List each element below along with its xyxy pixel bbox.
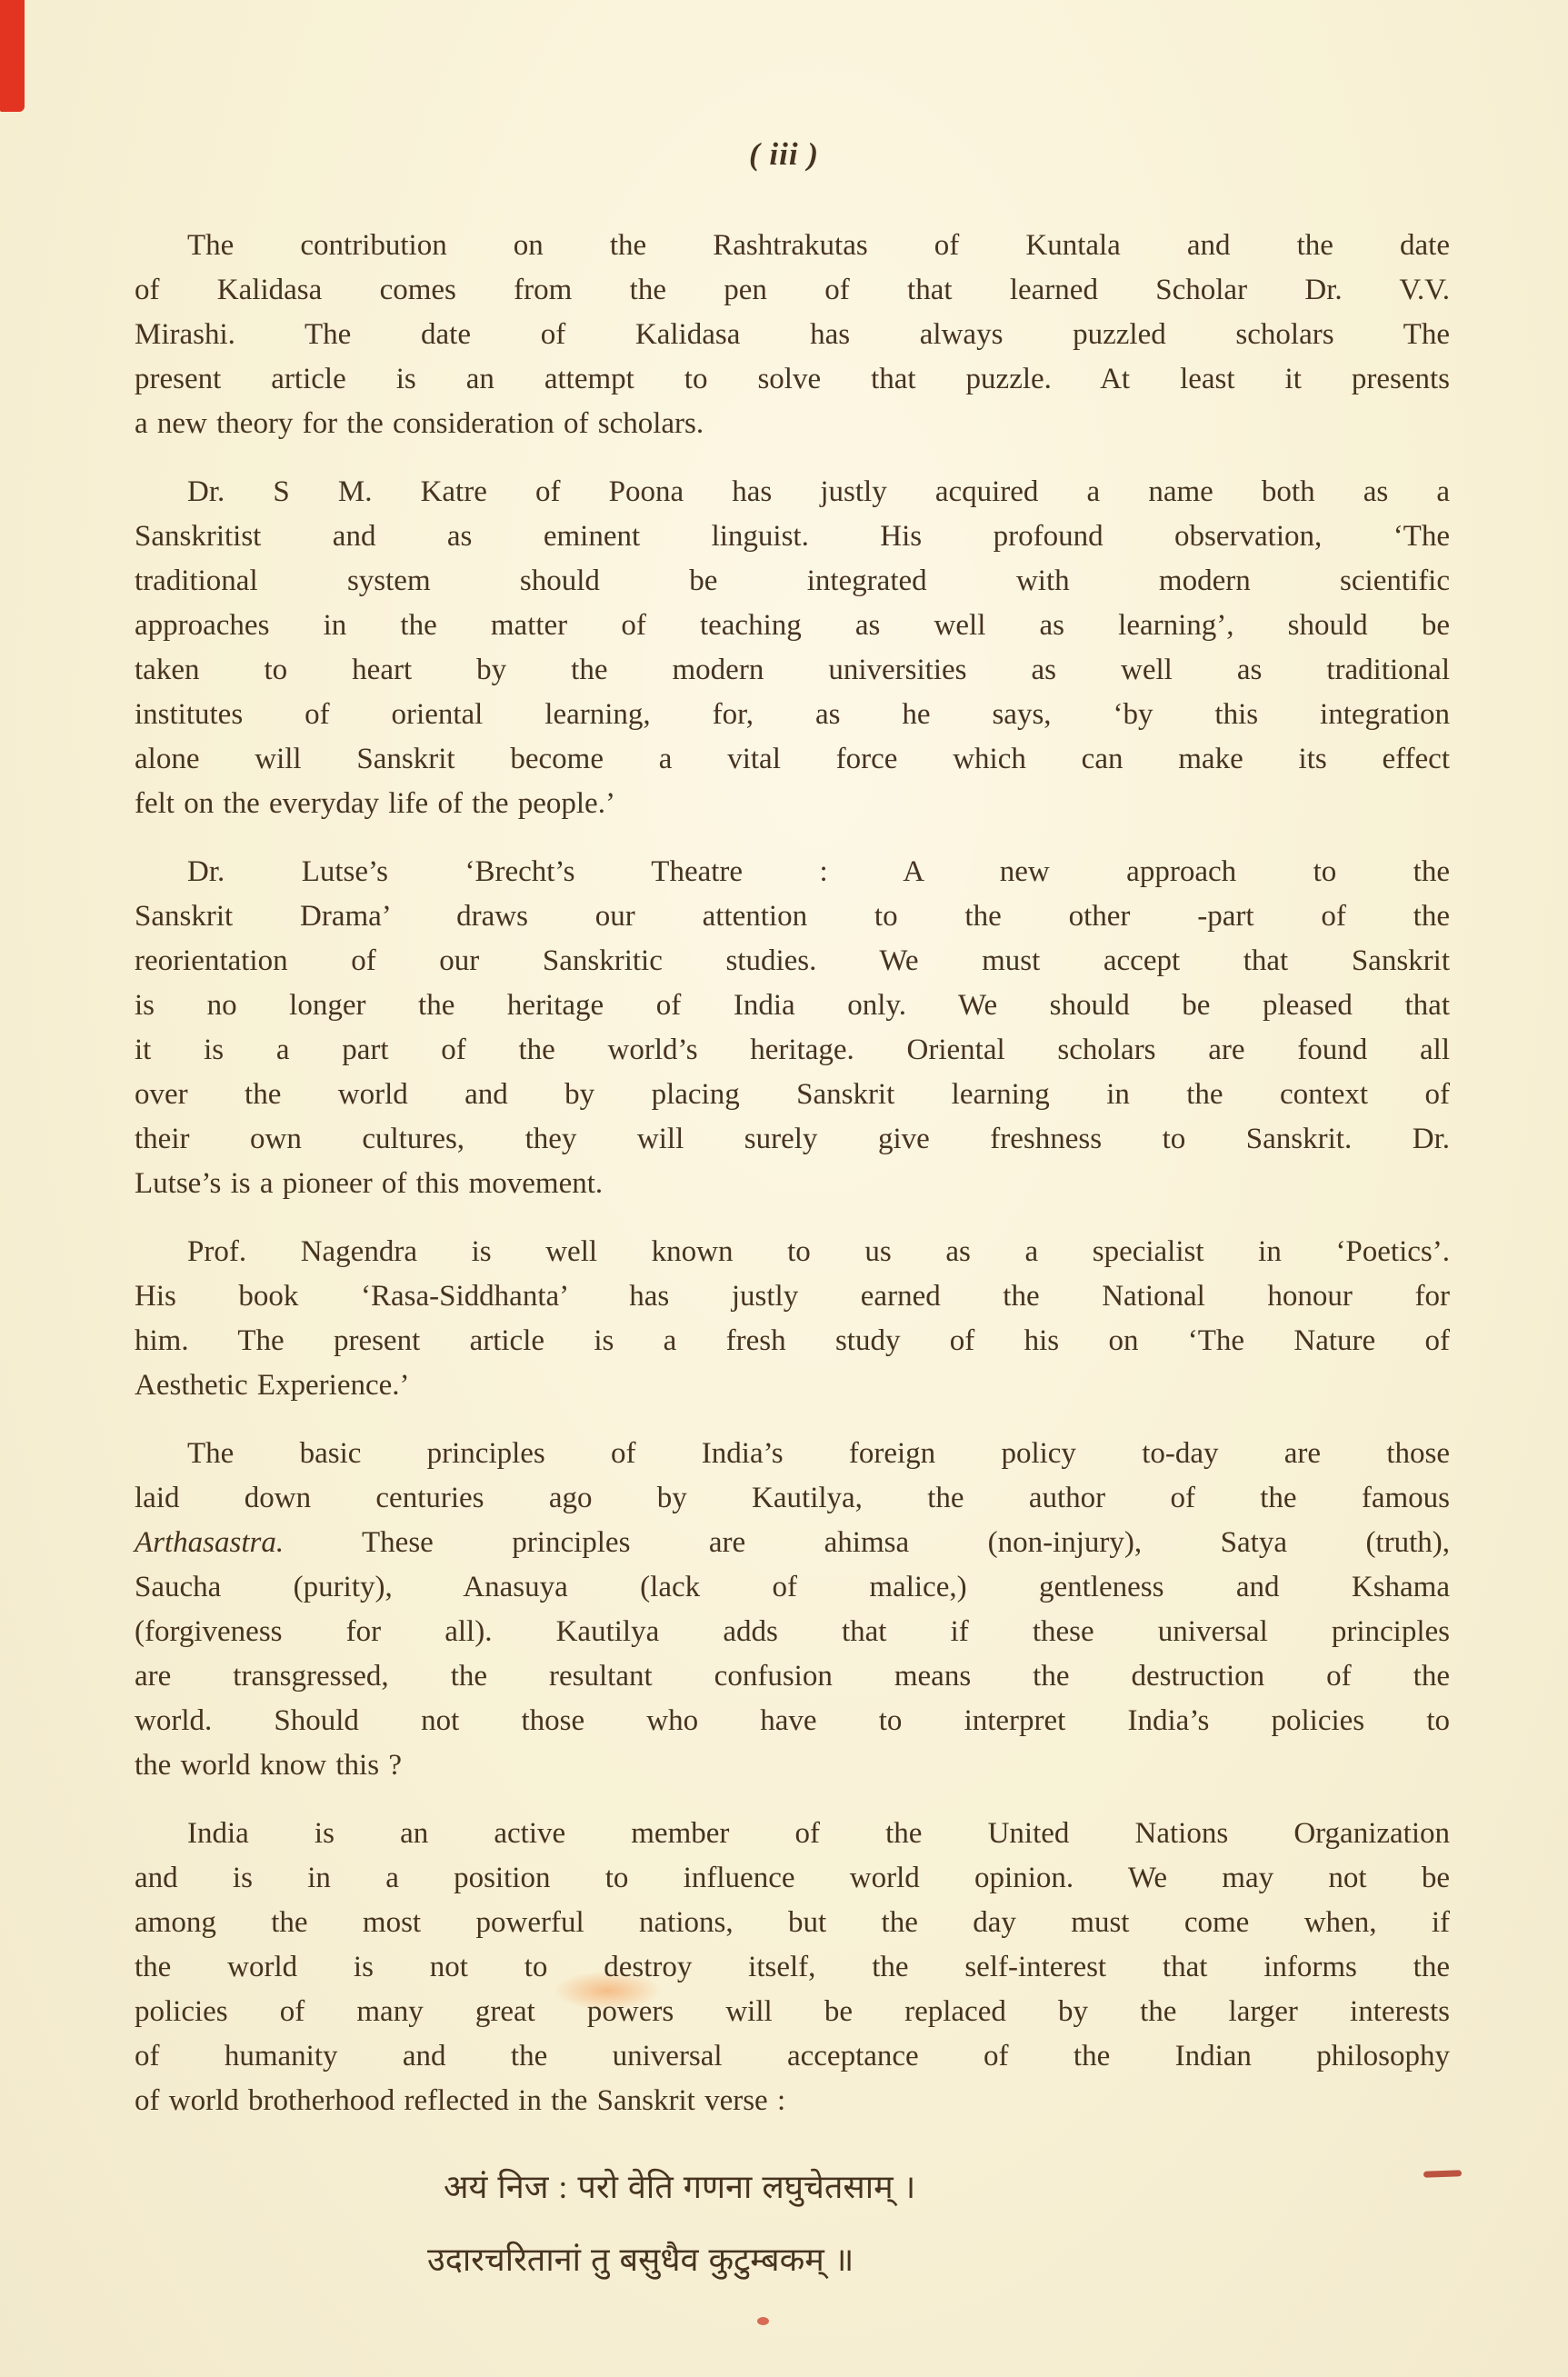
paragraph: The contribution on the Rashtrakutas of …	[135, 224, 1450, 446]
text-line: felt on the everyday life of the people.…	[135, 782, 1450, 826]
text-line: India is an active member of the United …	[135, 1812, 1450, 1856]
paragraph: Prof. Nagendra is well known to us as a …	[135, 1230, 1450, 1408]
paragraph: The basic principles of India’s foreign …	[135, 1432, 1450, 1788]
text-line: Sanskrit Drama’ draws our attention to t…	[135, 894, 1450, 939]
text-line: institutes of oriental learning, for, as…	[135, 693, 1450, 737]
paragraph: Dr. S M. Katre of Poona has justly acqui…	[135, 470, 1450, 826]
text-line: of Kalidasa comes from the pen of that l…	[135, 268, 1450, 313]
text-line: alone will Sanskrit become a vital force…	[135, 737, 1450, 782]
text-line: over the world and by placing Sanskrit l…	[135, 1073, 1450, 1117]
text-line: is no longer the heritage of India only.…	[135, 984, 1450, 1028]
paragraphs: The contribution on the Rashtrakutas of …	[135, 224, 1450, 2123]
text-line: Saucha (purity), Anasuya (lack of malice…	[135, 1565, 1450, 1610]
text-line: Arthasastra. These principles are ahimsa…	[135, 1521, 1450, 1565]
paragraph: Dr. Lutse’s ‘Brecht’s Theatre : A new ap…	[135, 850, 1450, 1206]
text-line: and is in a position to influence world …	[135, 1856, 1450, 1901]
paragraph: India is an active member of the United …	[135, 1812, 1450, 2123]
text-line: their own cultures, they will surely giv…	[135, 1117, 1450, 1162]
text-line: among the most powerful nations, but the…	[135, 1901, 1450, 1945]
text-line: Prof. Nagendra is well known to us as a …	[135, 1230, 1450, 1274]
text-line: approaches in the matter of teaching as …	[135, 604, 1450, 648]
text-line: policies of many great powers will be re…	[135, 1990, 1450, 2034]
text-line: present article is an attempt to solve t…	[135, 357, 1450, 402]
text-line: him. The present article is a fresh stud…	[135, 1319, 1450, 1363]
text-line: His book ‘Rasa-Siddhanta’ has justly ear…	[135, 1274, 1450, 1319]
verse-line: उदारचरितानां तु बसुधैव कुटुम्बकम् ॥	[427, 2223, 1450, 2296]
text-line: (forgiveness for all). Kautilya adds tha…	[135, 1610, 1450, 1654]
text-line: are transgressed, the resultant confusio…	[135, 1654, 1450, 1699]
text-line: Mirashi. The date of Kalidasa has always…	[135, 313, 1450, 357]
text-line: the world know this ?	[135, 1743, 1450, 1788]
text-line: taken to heart by the modern universitie…	[135, 648, 1450, 693]
italic-text: Arthasastra.	[135, 1526, 284, 1559]
text-line: a new theory for the consideration of sc…	[135, 402, 1450, 446]
text-block: The contribution on the Rashtrakutas of …	[135, 224, 1450, 2296]
text-line: of humanity and the universal acceptance…	[135, 2034, 1450, 2079]
page-number: ( iii )	[0, 136, 1568, 173]
text-line: traditional system should be integrated …	[135, 559, 1450, 604]
text-line: it is a part of the world’s heritage. Or…	[135, 1028, 1450, 1073]
verse-line: अयं निज : परो वेति गणना लघुचेतसाम् ।	[444, 2151, 1450, 2223]
text-line: Aesthetic Experience.’	[135, 1363, 1450, 1408]
plain-text: These principles are ahimsa (non-injury)…	[284, 1526, 1450, 1559]
text-line: Dr. Lutse’s ‘Brecht’s Theatre : A new ap…	[135, 850, 1450, 894]
text-line: reorientation of our Sanskritic studies.…	[135, 939, 1450, 984]
text-line: Dr. S M. Katre of Poona has justly acqui…	[135, 470, 1450, 514]
document-page: ( iii ) The contribution on the Rashtrak…	[0, 0, 1568, 2377]
text-line: Sanskritist and as eminent linguist. His…	[135, 514, 1450, 559]
sanskrit-verse: अयं निज : परो वेति गणना लघुचेतसाम् । उदा…	[427, 2151, 1450, 2296]
text-line: of world brotherhood reflected in the Sa…	[135, 2079, 1450, 2123]
text-line: world. Should not those who have to inte…	[135, 1699, 1450, 1743]
text-line: The basic principles of India’s foreign …	[135, 1432, 1450, 1476]
text-line: Lutse’s is a pioneer of this movement.	[135, 1162, 1450, 1206]
text-line: The contribution on the Rashtrakutas of …	[135, 224, 1450, 268]
red-margin-ribbon	[0, 0, 25, 112]
text-line: laid down centuries ago by Kautilya, the…	[135, 1476, 1450, 1521]
text-line: the world is not to destroy itself, the …	[135, 1945, 1450, 1990]
red-speck	[757, 2317, 769, 2325]
